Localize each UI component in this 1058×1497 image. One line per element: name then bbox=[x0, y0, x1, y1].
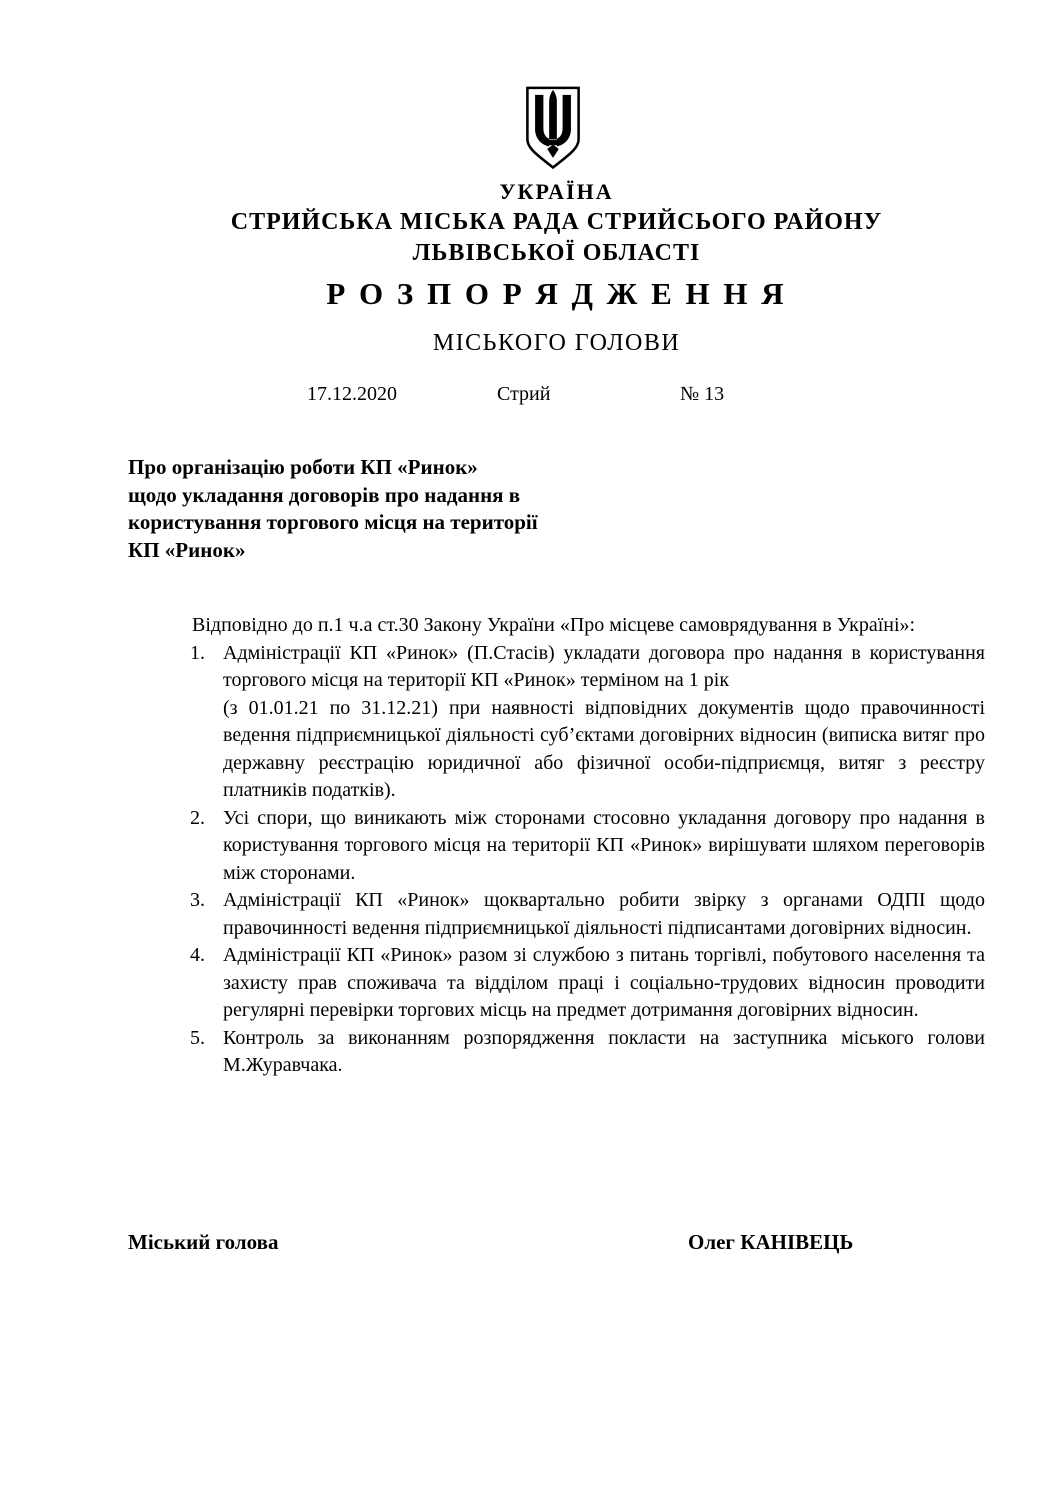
signatory-position: Міський голова bbox=[128, 1230, 278, 1255]
document-author-title: МІСЬКОГО ГОЛОВИ bbox=[128, 330, 985, 357]
list-item-number: 2. bbox=[190, 805, 223, 888]
intro-paragraph: Відповідно до п.1 ч.а ст.30 Закону Украї… bbox=[128, 612, 985, 640]
subject-line: КП «Ринок» bbox=[128, 537, 688, 565]
list-item-number: 5. bbox=[190, 1025, 223, 1080]
list-item-text: Усі спори, що виникають між сторонами ст… bbox=[223, 805, 985, 888]
signatory-name: Олег КАНІВЕЦЬ bbox=[688, 1230, 853, 1255]
ordered-list: 1. Адміністрації КП «Ринок» (П.Стасів) у… bbox=[128, 640, 985, 1080]
list-item-text: Адміністрації КП «Ринок» разом зі службо… bbox=[223, 942, 985, 1025]
document-meta-row: 17.12.2020 Стрий № 13 bbox=[0, 383, 1058, 411]
document-subject: Про організацію роботи КП «Ринок» щодо у… bbox=[128, 454, 688, 564]
list-item: 3. Адміністрації КП «Ринок» щоквартально… bbox=[190, 887, 985, 942]
list-item: 1. Адміністрації КП «Ринок» (П.Стасів) у… bbox=[190, 640, 985, 805]
ukraine-trident-coat-of-arms-icon bbox=[521, 86, 585, 170]
subject-line: Про організацію роботи КП «Ринок» bbox=[128, 454, 688, 482]
subject-line: користування торгового місця на територі… bbox=[128, 509, 688, 537]
decree-document-page: УКРАЇНА СТРИЙСЬКА МІСЬКА РАДА СТРИЙСЬОГО… bbox=[0, 0, 1058, 1497]
list-item: 2. Усі спори, що виникають між сторонами… bbox=[190, 805, 985, 888]
subject-line: щодо укладання договорів про надання в bbox=[128, 482, 688, 510]
list-item-text: Контроль за виконанням розпорядження пок… bbox=[223, 1025, 985, 1080]
list-item-text: Адміністрації КП «Ринок» (П.Стасів) укла… bbox=[223, 640, 985, 805]
document-date: 17.12.2020 bbox=[307, 383, 397, 406]
list-item: 4. Адміністрації КП «Ринок» разом зі слу… bbox=[190, 942, 985, 1025]
document-number: № 13 bbox=[680, 383, 724, 406]
list-item: 5. Контроль за виконанням розпорядження … bbox=[190, 1025, 985, 1080]
document-type-title: Р О З П О Р Я Д Ж Е Н Н Я bbox=[128, 276, 985, 312]
list-item-text: Адміністрації КП «Ринок» щоквартально ро… bbox=[223, 887, 985, 942]
council-name-line2: ЛЬВІВСЬКОЇ ОБЛАСТІ bbox=[128, 240, 985, 267]
list-item-number: 4. bbox=[190, 942, 223, 1025]
list-item-number: 3. bbox=[190, 887, 223, 942]
document-body: Відповідно до п.1 ч.а ст.30 Закону Украї… bbox=[128, 612, 985, 1080]
signature-row: Міський голова Олег КАНІВЕЦЬ bbox=[128, 1230, 985, 1260]
list-item-number: 1. bbox=[190, 640, 223, 805]
country-name: УКРАЇНА bbox=[128, 179, 985, 205]
council-name-line1: СТРИЙСЬКА МІСЬКА РАДА СТРИЙСЬОГО РАЙОНУ bbox=[128, 209, 985, 236]
document-place: Стрий bbox=[497, 383, 550, 406]
